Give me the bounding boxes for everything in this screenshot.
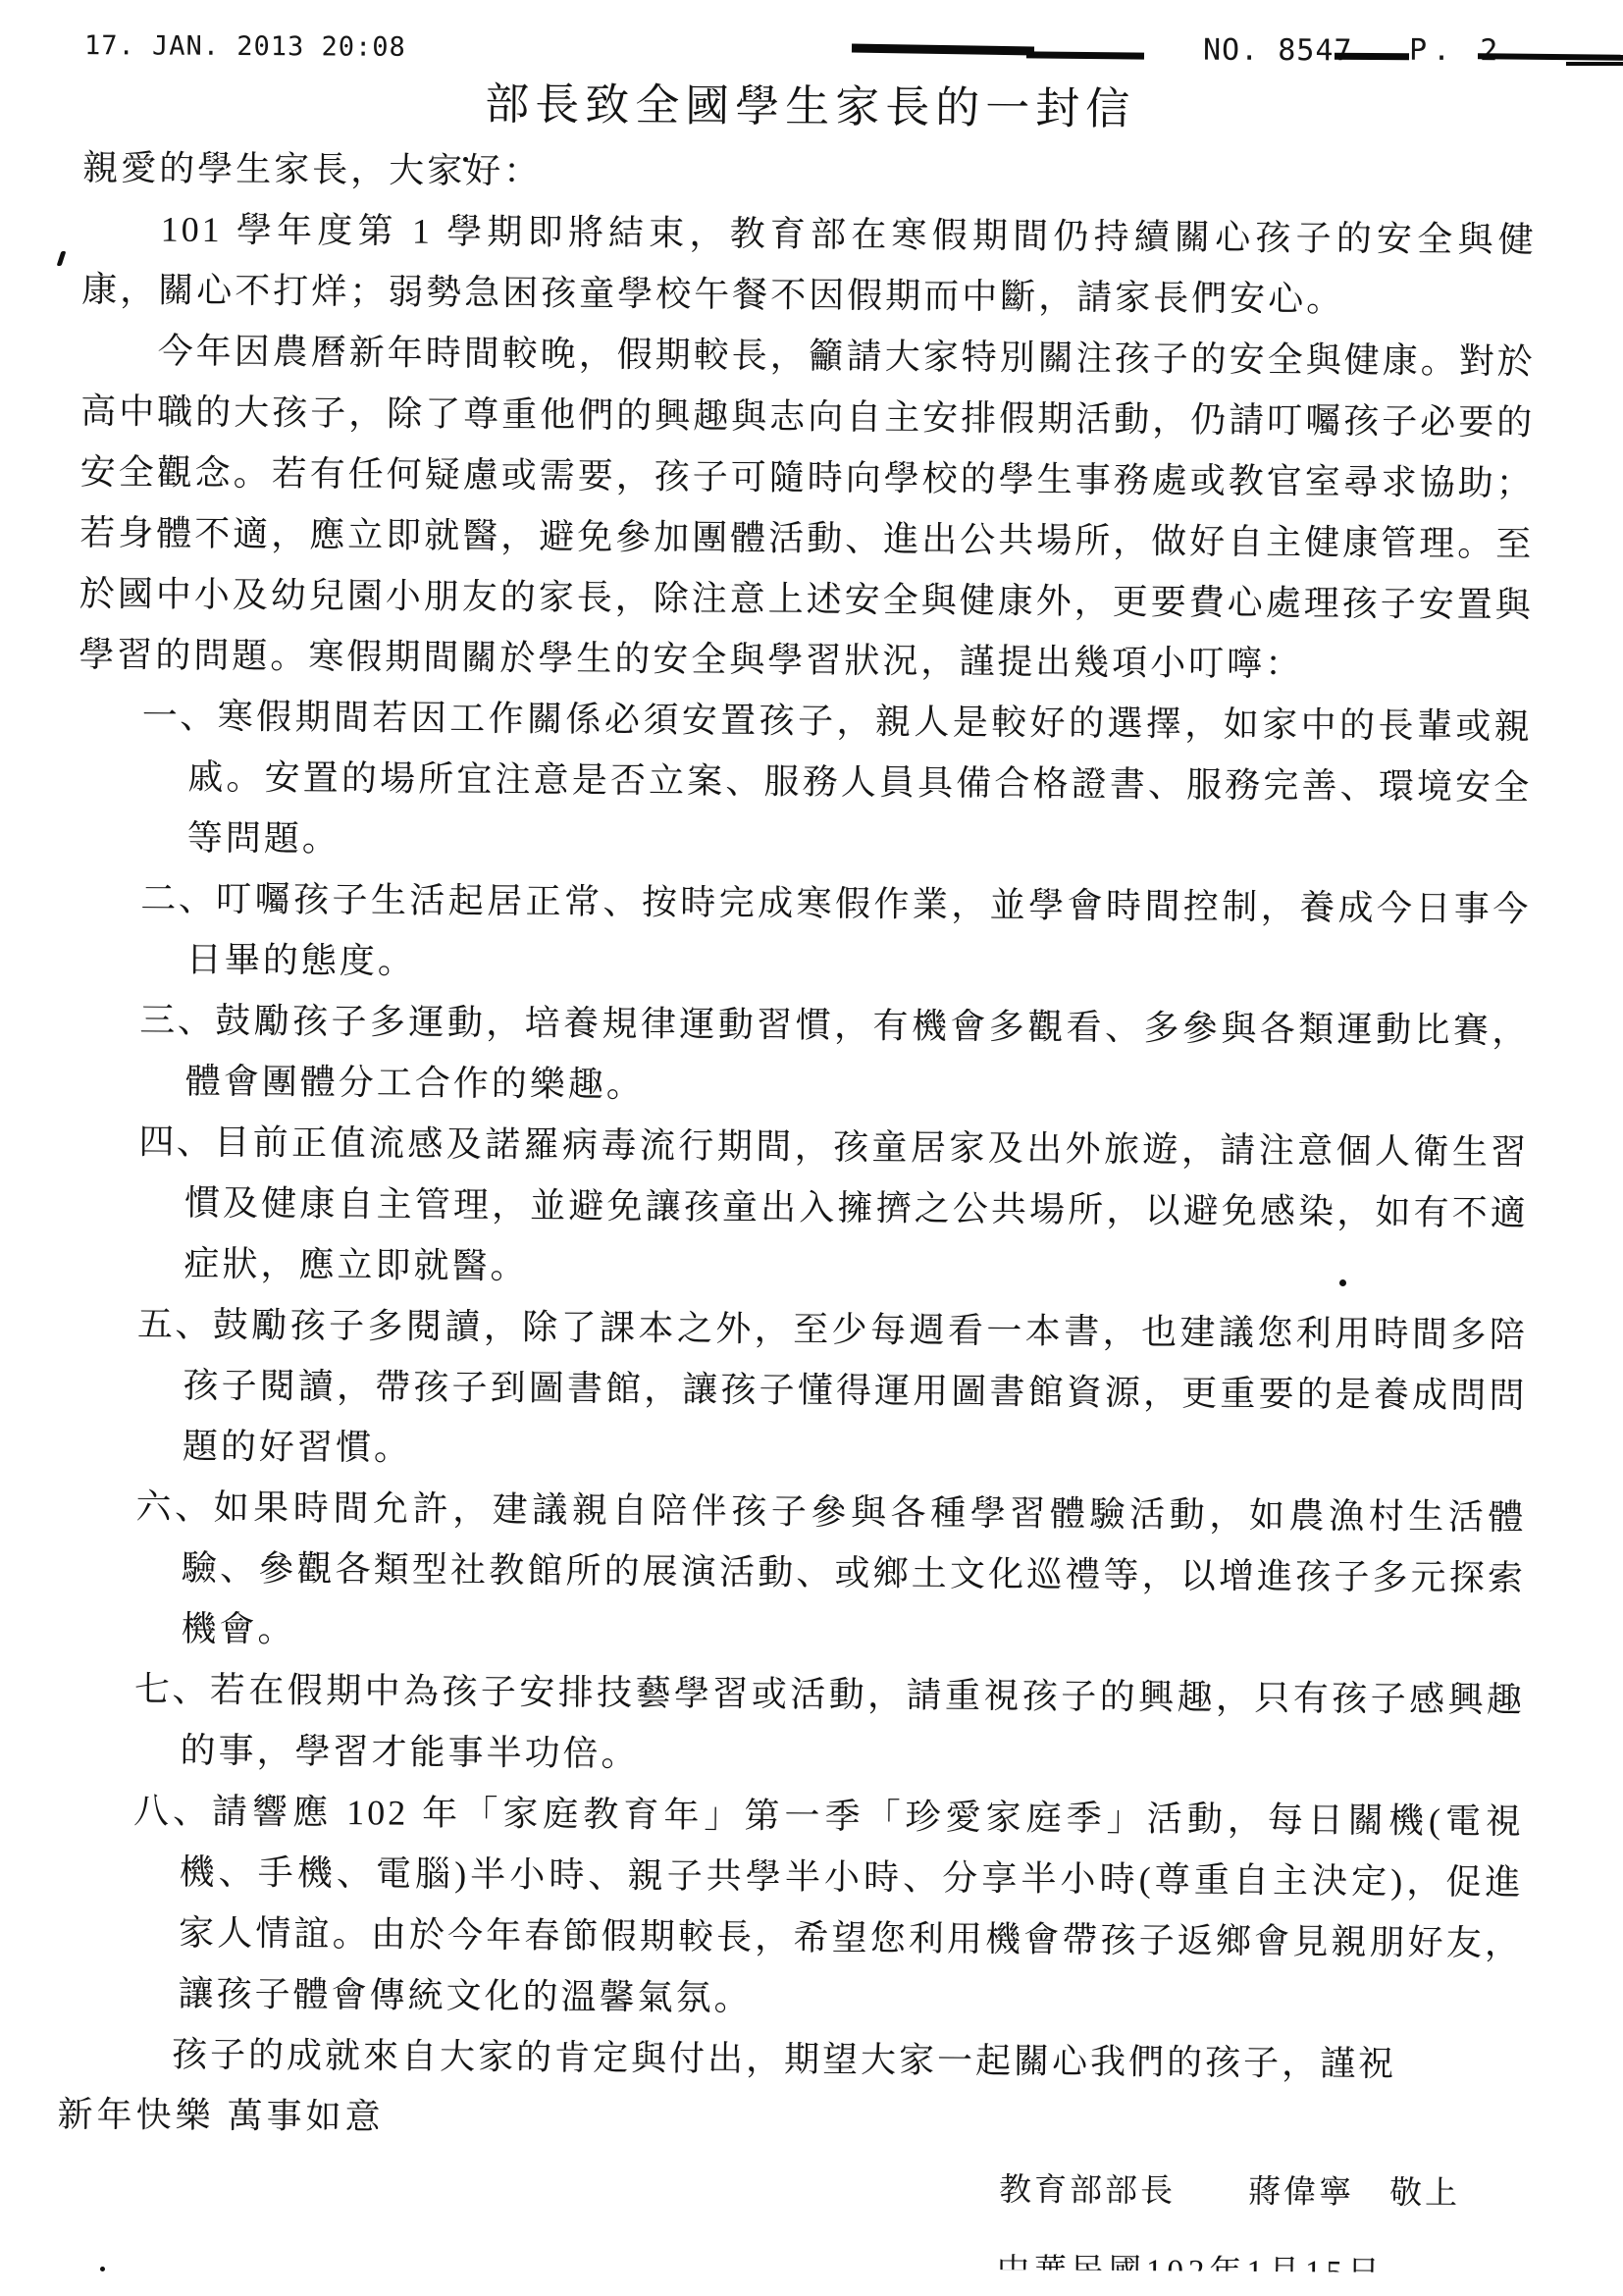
list-item: 五、鼓勵孩子多閱讀，除了課本之外，至少每週看一本書，也建議您利用時間多陪孩子閱讀… <box>73 1293 1528 1487</box>
paragraph: 今年因農曆新年時間較晚，假期較長，籲請大家特別關注孩子的安全與健康。對於高中職的… <box>79 320 1536 697</box>
list-item: 七、若在假期中為孩子安排技藝學習或活動，請重視孩子的興趣，只有孩子感興趣的事，學… <box>70 1658 1525 1792</box>
item-number: 七、 <box>134 1669 210 1709</box>
item-number: 四、 <box>138 1122 214 1162</box>
fax-timestamp: 17. JAN. 2013 20:08 <box>84 30 406 63</box>
item-number: 五、 <box>137 1304 213 1344</box>
scanned-fax-page: 17. JAN. 2013 20:08 NO. 8547 P. 2 部長致全國學… <box>0 0 1623 2296</box>
scan-speck-artifact <box>100 2267 105 2271</box>
scan-streak-artifact <box>1335 53 1409 61</box>
signature-gap <box>1176 2202 1248 2203</box>
salutation: 親愛的學生家長，大家好： <box>82 137 1537 210</box>
signature-title: 教育部部長 <box>999 2172 1176 2209</box>
signature-row: 教育部部長蔣偉寧敬上 <box>67 2153 1521 2225</box>
scan-speck-artifact <box>57 251 67 266</box>
letter-body: 部長致全國學生家長的一封信 親愛的學生家長，大家好： 101 學年度第 1 學期… <box>67 69 1538 2225</box>
item-text: 寒假期間若因工作關係必須安置孩子，親人是較好的選擇，如家中的長輩或親戚。安置的場… <box>187 697 1533 859</box>
date-line-clipped: 中華民國102年1月15日 <box>997 2254 1527 2273</box>
item-text: 叮囑孩子生活起居正常、按時完成寒假作業，並學會時間控制，養成今日事今日畢的態度。 <box>186 879 1532 981</box>
item-number: 二、 <box>140 878 216 918</box>
fax-number: NO. 8547 <box>1203 33 1353 69</box>
list-item: 一、寒假期間若因工作關係必須安置孩子，親人是較好的選擇，如家中的長輩或親戚。安置… <box>78 685 1533 879</box>
scan-streak-artifact <box>1566 62 1623 66</box>
item-text: 鼓勵孩子多閱讀，除了課本之外，至少每週看一本書，也建議您利用時間多陪孩子閱讀，帶… <box>183 1305 1528 1468</box>
list-item: 四、目前正值流感及諾羅病毒流行期間，孩童居家及出外旅遊，請注意個人衛生習慣及健康… <box>74 1111 1529 1305</box>
item-text: 目前正值流感及諾羅病毒流行期間，孩童居家及出外旅遊，請注意個人衛生習慣及健康自主… <box>183 1122 1529 1286</box>
item-number: 六、 <box>135 1487 213 1527</box>
item-number: 八、 <box>133 1791 212 1831</box>
letter-title: 部長致全國學生家長的一封信 <box>82 69 1537 145</box>
list-item: 八、請響應 102 年「家庭教育年」第一季「珍愛家庭季」活動，每日關機(電視機、… <box>68 1780 1524 2035</box>
item-number: 一、 <box>142 696 218 736</box>
item-text: 如果時間允許，建議親自陪伴孩子參與各種學習體驗活動，如農漁村生活體驗、參觀各類型… <box>181 1487 1526 1649</box>
signature-suffix: 敬上 <box>1389 2176 1460 2213</box>
paragraph: 101 學年度第 1 學期即將結束，教育部在寒假期間仍持續關心孩子的安全與健康，… <box>81 198 1537 332</box>
list-item: 六、如果時間允許，建議親自陪伴孩子參與各種學習體驗活動，如農漁村生活體驗、參觀各… <box>71 1476 1526 1670</box>
fax-page-number: P. 2 <box>1409 33 1503 69</box>
date-text: 中華民國102年1月15日 <box>997 2254 1527 2273</box>
item-text: 鼓勵孩子多運動，培養規律運動習慣，有機會多觀看、多參與各類運動比賽，體會團體分工… <box>185 1001 1531 1104</box>
item-text: 請響應 102 年「家庭教育年」第一季「珍愛家庭季」活動，每日關機(電視機、手機… <box>178 1792 1524 2017</box>
scan-streak-artifact <box>852 44 1034 56</box>
list-item: 三、鼓勵孩子多運動，培養規律運動習慣，有機會多觀看、多參與各類運動比賽，體會團體… <box>76 989 1531 1122</box>
list-item: 二、叮囑孩子生活起居正常、按時完成寒假作業，並學會時間控制，養成今日事今日畢的態… <box>77 867 1532 1001</box>
new-year-greeting: 新年快樂 萬事如意 <box>57 2084 1521 2157</box>
signature-name: 蔣偉寧 <box>1248 2174 1354 2211</box>
item-text: 若在假期中為孩子安排技藝學習或活動，請重視孩子的興趣，只有孩子感興趣的事，學習才… <box>180 1670 1525 1773</box>
closing-line: 孩子的成就來自大家的肯定與付出，期望大家一起關心我們的孩子，謹祝 <box>68 2023 1522 2096</box>
item-number: 三、 <box>139 1000 215 1040</box>
scan-streak-artifact <box>1026 51 1144 59</box>
